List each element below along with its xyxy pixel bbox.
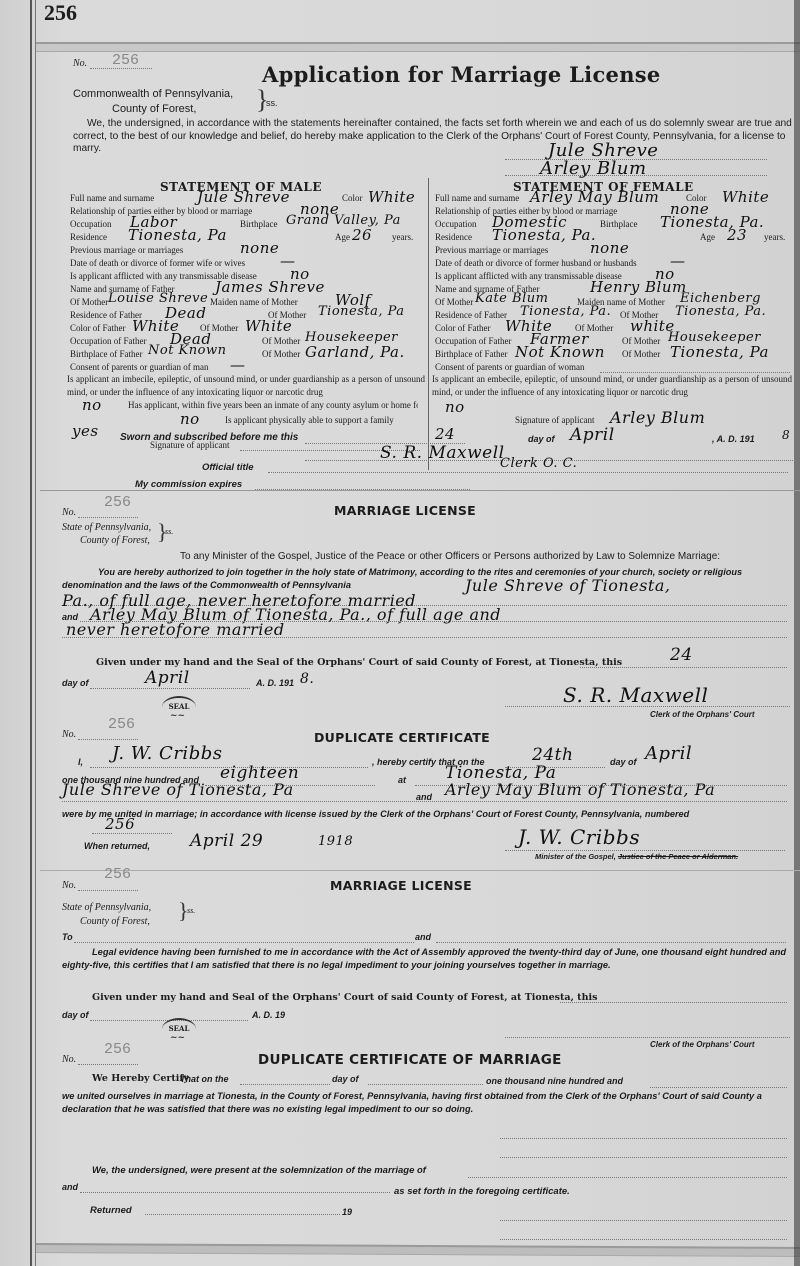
license2-seal: SEAL	[162, 1018, 196, 1040]
duplicate2-title: DUPLICATE CERTIFICATE OF MARRIAGE	[258, 1052, 562, 1068]
female-mother-occupation-label: Of Mother	[622, 336, 660, 346]
license-given-year-digit: 8.	[300, 671, 314, 687]
female-father-residence-label: Residence of Father	[435, 310, 507, 320]
male-imbecile: no	[82, 396, 102, 414]
document-page: 256 No. 256 Application for Marriage Lic…	[0, 0, 800, 1266]
license-state-line-2: County of Forest,	[80, 535, 150, 546]
duplicate-united-text: were by me united in marriage; in accord…	[62, 808, 786, 821]
male-mother-maiden-label: Maiden name of Mother	[210, 297, 298, 307]
license2-and-label: and	[415, 932, 431, 942]
female-color: White	[722, 188, 769, 206]
duplicate2-witness-text: We, the undersigned, were present at the…	[92, 1165, 426, 1176]
female-birthplace-label: Birthplace	[600, 219, 638, 229]
duplicate-returned-year: 1918	[318, 834, 353, 849]
female-age: 23	[727, 226, 747, 244]
license2-state-line-1: State of Pennsylvania,	[62, 902, 151, 913]
application-preamble: We, the undersigned, in accordance with …	[73, 118, 793, 156]
page-number: 256	[44, 0, 77, 26]
license-title: MARRIAGE LICENSE	[334, 503, 476, 518]
license2-ss: ss.	[187, 906, 195, 915]
male-residence-label: Residence	[70, 232, 107, 242]
female-imbecile-question: Is applicant an embecile, epileptic, of …	[432, 373, 792, 398]
duplicate-number: 256	[108, 716, 135, 733]
license2-to-label: To	[62, 932, 73, 942]
duplicate-license-number: 256	[105, 815, 135, 833]
jurisdiction-line-2: County of Forest,	[112, 103, 196, 115]
duplicate-month: April	[645, 743, 692, 764]
male-birthplace: Grand Valley, Pa	[286, 213, 401, 228]
duplicate-day: 24th	[532, 745, 573, 765]
duplicate2-year-label: one thousand nine hundred and	[486, 1076, 623, 1086]
female-previous-marriage: none	[590, 239, 629, 257]
duplicate-minister-label: Minister of the Gospel, Justice of the P…	[535, 852, 738, 861]
male-mother-color: White	[245, 317, 292, 335]
statements-divider	[428, 178, 429, 470]
male-father-color-label: Color of Father	[70, 323, 126, 333]
female-signature: Arley Blum	[610, 408, 705, 427]
male-mother-occupation-label: Of Mother	[262, 336, 300, 346]
male-age-label: Age	[335, 232, 350, 242]
male-mother-label: Of Mother	[70, 297, 108, 307]
male-asylum-label: Has applicant, within five years been an…	[128, 400, 418, 410]
duplicate-returned-label: When returned,	[84, 841, 150, 851]
male-support-label: Is applicant physically able to support …	[225, 415, 394, 425]
duplicate-at-label: at	[398, 775, 406, 785]
sworn-month: April	[570, 425, 615, 445]
male-mother-birthplace: Garland, Pa.	[305, 343, 405, 361]
female-years-label: years.	[764, 232, 785, 242]
right-edge-shadow	[794, 0, 800, 1266]
duplicate2-returned-label: Returned	[90, 1205, 132, 1216]
license2-number: 256	[104, 866, 131, 883]
female-mother-birthplace-label: Of Mother	[622, 349, 660, 359]
applicant-signature-female: Arley Blum	[540, 158, 647, 179]
female-full-name: Arley May Blum	[530, 188, 659, 206]
license2-given-label: Given under my hand and Seal of the Orph…	[92, 992, 597, 1003]
license-given-day: 24	[670, 645, 693, 665]
male-color-label: Color	[342, 193, 363, 203]
male-color: White	[368, 188, 415, 206]
male-mother-residence: Tionesta, Pa	[318, 304, 405, 319]
female-signature-label: Signature of applicant	[515, 415, 594, 425]
male-asylum: no	[180, 410, 200, 428]
female-father-birthplace-label: Birthplace of Father	[435, 349, 507, 359]
duplicate2-returned-year-label: 19	[342, 1207, 352, 1217]
duplicate-minister-signature: J. W. Cribbs	[518, 825, 640, 849]
female-residence-label: Residence	[435, 232, 472, 242]
duplicate2-and-label: and	[62, 1182, 78, 1192]
female-father-color-label: Color of Father	[435, 323, 491, 333]
duplicate-title: DUPLICATE CERTIFICATE	[314, 730, 490, 745]
female-mother-label: Of Mother	[435, 297, 473, 307]
duplicate2-no-label: No.	[62, 1054, 76, 1065]
female-father-name: Henry Blum	[590, 278, 687, 296]
duplicate-minister-struck: Justice of the Peace or Alderman.	[618, 852, 738, 861]
female-mother-birthplace: Tionesta, Pa	[670, 343, 769, 361]
male-previous-marriage: none	[240, 239, 279, 257]
license2-title: MARRIAGE LICENSE	[330, 878, 472, 893]
license-address: To any Minister of the Gospel, Justice o…	[180, 551, 720, 562]
female-full-name-label: Full name and surname	[435, 193, 519, 203]
male-father-birthplace-label: Birthplace of Father	[70, 349, 142, 359]
male-consent-label: Consent of parents or guardian of man	[70, 362, 208, 372]
license-clerk-signature: S. R. Maxwell	[563, 683, 708, 707]
female-imbecile: no	[445, 398, 465, 416]
duplicate-returned-date: April 29	[190, 831, 263, 851]
duplicate2-certify-label: That on the	[180, 1074, 229, 1084]
male-father-name: James Shreve	[215, 278, 325, 296]
application-title: Application for Marriage License	[262, 62, 661, 87]
female-death-divorce-label: Date of death or divorce of former husba…	[435, 258, 637, 268]
male-full-name: Jule Shreve	[197, 188, 290, 206]
license-authorization: You are hereby authorized to join togeth…	[62, 566, 792, 592]
license2-clerk-label: Clerk of the Orphans' Court	[650, 1040, 755, 1049]
license2-no-label: No.	[62, 880, 76, 891]
male-father-birthplace: Not Known	[148, 343, 226, 358]
commission-label: My commission expires	[135, 479, 242, 490]
application-no-label: No.	[73, 58, 87, 69]
left-border-rule	[30, 0, 36, 1266]
duplicate-party1: Jule Shreve of Tionesta, Pa	[62, 780, 294, 799]
license-ss: ss.	[165, 527, 173, 536]
top-rule	[36, 42, 800, 52]
duplicate2-day-of-label: day of	[332, 1074, 359, 1084]
female-occupation-label: Occupation	[435, 219, 476, 229]
sworn-day: 24	[435, 425, 455, 443]
license-seal: SEAL	[162, 696, 196, 718]
license-given-month: April	[145, 668, 190, 688]
official-title: Clerk O. C.	[500, 456, 577, 471]
female-mother-residence: Tionesta, Pa.	[675, 304, 766, 319]
sworn-year-digit: 8	[782, 428, 790, 442]
license-state-line-1: State of Pennsylvania,	[62, 522, 151, 533]
duplicate-officiant: J. W. Cribbs	[112, 743, 222, 764]
sworn-label: Sworn and subscribed before me this	[120, 432, 298, 443]
male-support: yes	[72, 422, 99, 440]
male-years-label: years.	[392, 232, 413, 242]
male-previous-marriage-label: Previous marriage or marriages	[70, 245, 183, 255]
duplicate-day-of-label: day of	[610, 757, 637, 767]
female-residence: Tionesta, Pa.	[492, 226, 596, 244]
male-residence: Tionesta, Pa	[128, 226, 227, 244]
license2-day-of-label: day of	[62, 1010, 89, 1020]
duplicate-i-label: I,	[78, 757, 83, 767]
license-clerk-label: Clerk of the Orphans' Court	[650, 710, 755, 719]
female-previous-marriage-label: Previous marriage or marriages	[435, 245, 548, 255]
female-age-label: Age	[700, 232, 715, 242]
duplicate2-certify-lead: We Hereby Certify	[92, 1073, 189, 1084]
sworn-official-signature: S. R. Maxwell	[380, 443, 505, 463]
duplicate2-body: we united ourselves in marriage at Tione…	[62, 1090, 790, 1116]
male-full-name-row: Full name and surname	[70, 193, 154, 203]
sworn-ad-label: , A. D. 191	[712, 434, 755, 444]
female-consent-label: Consent of parents or guardian of woman	[435, 362, 584, 372]
official-title-label: Official title	[202, 462, 254, 473]
male-birthplace-label: Birthplace	[240, 219, 278, 229]
license-no-label: No.	[62, 507, 76, 518]
license2-legal-text: Legal evidence having been furnished to …	[62, 946, 790, 972]
sworn-day-of-label: day of	[528, 434, 555, 444]
license-party1: Jule Shreve of Tionesta,	[465, 576, 670, 595]
application-number: 256	[112, 52, 139, 69]
male-mother-birthplace-label: Of Mother	[262, 349, 300, 359]
male-death-divorce-label: Date of death or divorce of former wife …	[70, 258, 245, 268]
female-father-occupation-label: Occupation of Father	[435, 336, 511, 346]
female-father-birthplace: Not Known	[515, 343, 605, 361]
male-father-occupation-label: Occupation of Father	[70, 336, 146, 346]
male-consent: —	[230, 356, 246, 374]
license-ad-label: A. D. 191	[256, 678, 294, 688]
bottom-rule	[36, 1243, 800, 1257]
duplicate-no-label: No.	[62, 729, 76, 740]
license-day-of-label: day of	[62, 678, 89, 688]
license-number: 256	[104, 494, 131, 511]
female-birthplace: Tionesta, Pa.	[660, 213, 764, 231]
duplicate2-number: 256	[104, 1041, 131, 1058]
male-imbecile-question: Is applicant an imbecile, epileptic, of …	[67, 373, 425, 398]
ss-label: ss.	[266, 98, 278, 108]
license2-state-line-2: County of Forest,	[80, 916, 150, 927]
duplicate2-foregoing-label: as set forth in the foregoing certificat…	[394, 1186, 570, 1197]
duplicate-party2: Arley May Blum of Tionesta, Pa	[445, 780, 715, 799]
license2-ad-label: A. D. 19	[252, 1010, 285, 1020]
male-occupation-label: Occupation	[70, 219, 111, 229]
male-age: 26	[352, 226, 372, 244]
license-given-label: Given under my hand and the Seal of the …	[96, 657, 622, 668]
jurisdiction-line-1: Commonwealth of Pennsylvania,	[73, 88, 233, 100]
